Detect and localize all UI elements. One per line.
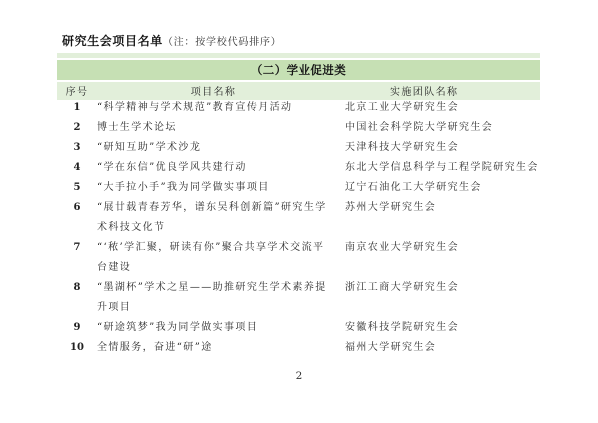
team-name-cell: 南京农业大学研究生会 bbox=[345, 238, 540, 258]
section-header-bar: （二）学业促进类 bbox=[57, 60, 540, 80]
col-header-project: 项目名称 bbox=[97, 83, 330, 98]
team-name-cell: 福州大学研究生会 bbox=[345, 338, 540, 358]
col-header-no: 序号 bbox=[57, 83, 97, 98]
project-name-cell: “研知互助”学术沙龙 bbox=[97, 138, 330, 158]
table-row: 2 博士生学术论坛 中国社会科学院大学研究生会 bbox=[57, 118, 540, 138]
project-name-cell: “科学精神与学术规范”教育宣传月活动 bbox=[97, 98, 330, 118]
table-row: 8 “墨湖杯”学术之星——助推研究生学术素养提升项目 浙江工商大学研究生会 bbox=[57, 278, 540, 318]
team-name-cell: 北京工业大学研究生会 bbox=[345, 98, 540, 118]
table-header-row: 序号 项目名称 实施团队名称 bbox=[57, 82, 540, 100]
table-row: 9 “研途筑梦”我为同学做实事项目 安徽科技学院研究生会 bbox=[57, 318, 540, 338]
project-name-cell: “展廿载青春芳华，谱东吴科创新篇”研究生学术科技文化节 bbox=[97, 198, 330, 238]
table-row: 5 “大手拉小手”我为同学做实事项目 辽宁石油化工大学研究生会 bbox=[57, 178, 540, 198]
team-name-cell: 东北大学信息科学与工程学院研究生会 bbox=[345, 158, 540, 178]
table-row: 10 全情服务，奋进“研”途 福州大学研究生会 bbox=[57, 338, 540, 358]
team-name-cell: 中国社会科学院大学研究生会 bbox=[345, 118, 540, 138]
team-name-cell: 辽宁石油化工大学研究生会 bbox=[345, 178, 540, 198]
page-number: 2 bbox=[0, 370, 598, 382]
project-name-cell: “‘秾’学汇聚，研读有你”聚合共享学术交流平台建设 bbox=[97, 238, 330, 278]
row-number-cell: 3 bbox=[57, 138, 97, 158]
project-name-cell: 博士生学术论坛 bbox=[97, 118, 330, 138]
col-header-team: 实施团队名称 bbox=[345, 83, 540, 98]
team-name-cell: 浙江工商大学研究生会 bbox=[345, 278, 540, 298]
project-name-cell: “学在东信”优良学风共建行动 bbox=[97, 158, 330, 178]
table-top-strip bbox=[57, 53, 540, 58]
page-title-note: （注：按学校代码排序） bbox=[163, 37, 282, 48]
page-title: 研究生会项目名单（注：按学校代码排序） bbox=[62, 30, 282, 49]
table-body: 1 “科学精神与学术规范”教育宣传月活动 北京工业大学研究生会 2 博士生学术论… bbox=[57, 98, 540, 358]
project-name-cell: “大手拉小手”我为同学做实事项目 bbox=[97, 178, 330, 198]
table-row: 4 “学在东信”优良学风共建行动 东北大学信息科学与工程学院研究生会 bbox=[57, 158, 540, 178]
table-row: 7 “‘秾’学汇聚，研读有你”聚合共享学术交流平台建设 南京农业大学研究生会 bbox=[57, 238, 540, 278]
row-number-cell: 5 bbox=[57, 178, 97, 198]
row-number-cell: 7 bbox=[57, 238, 97, 258]
project-name-cell: 全情服务，奋进“研”途 bbox=[97, 338, 330, 358]
team-name-cell: 天津科技大学研究生会 bbox=[345, 138, 540, 158]
row-number-cell: 4 bbox=[57, 158, 97, 178]
page-title-main: 研究生会项目名单 bbox=[62, 34, 163, 48]
team-name-cell: 苏州大学研究生会 bbox=[345, 198, 540, 218]
project-name-cell: “研途筑梦”我为同学做实事项目 bbox=[97, 318, 330, 338]
row-number-cell: 1 bbox=[57, 98, 97, 118]
project-name-cell: “墨湖杯”学术之星——助推研究生学术素养提升项目 bbox=[97, 278, 330, 318]
team-name-cell: 安徽科技学院研究生会 bbox=[345, 318, 540, 338]
row-number-cell: 8 bbox=[57, 278, 97, 298]
table-row: 6 “展廿载青春芳华，谱东吴科创新篇”研究生学术科技文化节 苏州大学研究生会 bbox=[57, 198, 540, 238]
row-number-cell: 6 bbox=[57, 198, 97, 218]
section-title: （二）学业促进类 bbox=[251, 62, 346, 78]
row-number-cell: 2 bbox=[57, 118, 97, 138]
document-page: 研究生会项目名单（注：按学校代码排序） （二）学业促进类 序号 项目名称 实施团… bbox=[0, 0, 598, 423]
table-row: 3 “研知互助”学术沙龙 天津科技大学研究生会 bbox=[57, 138, 540, 158]
row-number-cell: 10 bbox=[57, 338, 97, 358]
row-number-cell: 9 bbox=[57, 318, 97, 338]
table-row: 1 “科学精神与学术规范”教育宣传月活动 北京工业大学研究生会 bbox=[57, 98, 540, 118]
